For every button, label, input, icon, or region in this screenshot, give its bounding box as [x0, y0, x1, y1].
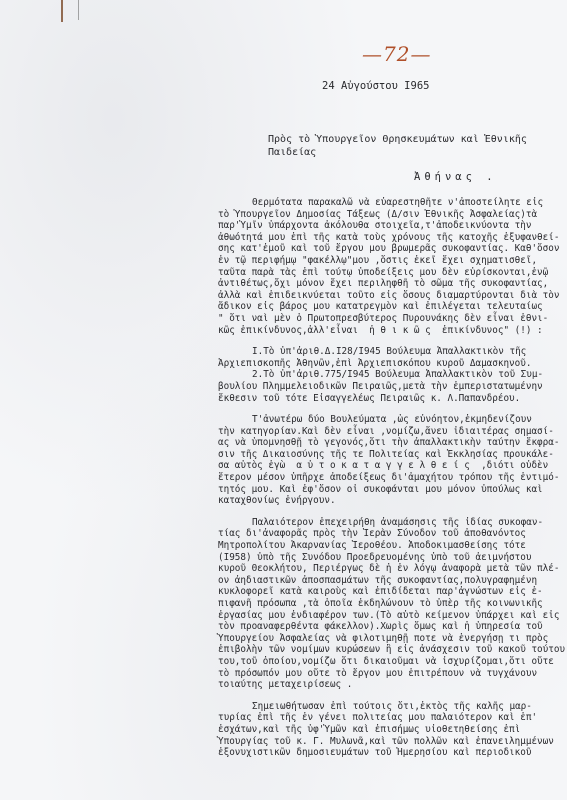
- text-line: Θερμότατα παρακαλῶ νὰ εὐαρεστηθῆτε ν'ἀπο…: [218, 197, 563, 209]
- text-line: Μητροπολίτου Ἀκαρνανίας Ἱεροθέου. Ἀποδοκ…: [218, 540, 563, 552]
- text-line: πιφανῆ πρόσωπα ,τὰ ὁποῖα ἐκδηλώνουν τὸ ὑ…: [218, 598, 563, 610]
- paragraph: Ι.Τὸ ὑπ'ἀριθ.Δ.Ι28/Ι945 Βούλευμα Ἀπαλλακ…: [218, 346, 563, 404]
- text-line: τυρίας ἐπὶ τῆς ἐν γένει πολιτείας μου πα…: [218, 712, 563, 724]
- staple-mark: [61, 0, 63, 22]
- text-line: Ὑπουργίας τοῦ κ. Γ. Μυλωνᾶ,καὶ τῶν πολλῶ…: [218, 736, 563, 748]
- text-line: τοιαύτης μεταχειρίσεως .: [218, 679, 563, 691]
- text-line: βουλίου Πλημμελειοδικῶν Πειραιῶς,μετὰ τὴ…: [218, 381, 563, 393]
- text-line: (Ι958) ὑπὸ τῆς Συνόδου Προεδρευομένης ὑπ…: [218, 552, 563, 564]
- text-line: " ὅτι ναὶ μὲν ὁ Πρωτοπρεσβύτερος Πυρουνά…: [218, 313, 563, 325]
- text-line: καταχθονίως ἐνήργουν.: [218, 495, 563, 507]
- text-line: Τ'ἀνωτέρω δύο Βουλεύματα ,ὡς εὐνόητον,ἐκ…: [218, 414, 563, 426]
- text-line: Ὑπουργείου Ἀσφαλείας νὰ φιλοτιμηθῇ ποτε …: [218, 633, 563, 645]
- text-line: κυκλοφορεῖ κατὰ καιροὺς καὶ ἐπιδίδεται π…: [218, 586, 563, 598]
- letter-body: Θερμότατα παρακαλῶ νὰ εὐαρεστηθῆτε ν'ἀπο…: [218, 197, 563, 759]
- text-line: Ι.Τὸ ὑπ'ἀριθ.Δ.Ι28/Ι945 Βούλευμα Ἀπαλλακ…: [218, 346, 563, 358]
- text-line: σα αὐτὸς ἐγὼ α ὐ τ ο κ α τ α γ γ ε λ θ ε…: [218, 460, 563, 472]
- text-line: του,τοῦ ὁποίου,νομίζω ὅτι δικαιοῦμαι νὰ …: [218, 656, 563, 668]
- text-line: ἐξονυχιστικῶν δημοσιευμάτων τοῦ Ἡμερησίο…: [218, 747, 563, 759]
- text-line: ταῦτα παρὰ τὰς ἐπὶ τούτῳ ὑποδείξεις μου …: [218, 267, 563, 279]
- text-line: ἐσχάτων,καὶ τῆς ὑφ'Ὑμῶν καὶ ἐπισήμως υἱο…: [218, 724, 563, 736]
- paragraph: Σημειωθήτωσαν ἐπὶ τούτοις ὅτι,ἐκτὸς τῆς …: [218, 701, 563, 759]
- text-line: ἀθωότητά μου ἐπὶ τῆς κατὰ τοὺς χρόνους τ…: [218, 232, 563, 244]
- text-line: ον ἀηδιαστικῶν ἀποσπασμάτων τῆς συκοφαντ…: [218, 575, 563, 587]
- letter-date: 24 Αὐγούστου Ι965: [322, 80, 429, 92]
- text-line: Ἀρχιεπισκοπῆς Ἀθηνῶν,ἐπὶ Ἀρχιεπισκόπου κ…: [218, 358, 563, 370]
- text-line: τὴν κατηγορίαν.Καὶ δὲν εἶναι ,νομίζω,ἄνε…: [218, 426, 563, 438]
- paper-mark: [78, 0, 79, 20]
- text-line: τὸ Ὑπουργεῖον Δημοσίας Τάξεως (Δ/σιν Ἐθν…: [218, 209, 563, 221]
- text-line: Παλαιότερον ἐπεχειρήθη ἀναμάσησις τῆς ἰδ…: [218, 517, 563, 529]
- text-line: σιν τῆς Δικαιοσύνης τῆς τε Πολιτείας καὶ…: [218, 449, 563, 461]
- text-line: τὸ πρόσωπόν μου οὔτε τὸ ἔργον μου ἐπιτρέ…: [218, 668, 563, 680]
- text-line: τητός μου. Καὶ ἐφ'ὅσον οἱ συκοφάνται μου…: [218, 484, 563, 496]
- text-line: ἄδικον εἰς βάρος μου κατατρεγμὸν καὶ ἐπι…: [218, 301, 563, 313]
- text-line: κῶς ἐπικίνδυνος,ἀλλ'εἶναι ἠ θ ι κ ῶ ς ἐπ…: [218, 325, 563, 337]
- text-line: τὸν προαναφερθέντα φάκελλον).Χωρὶς ὅμως …: [218, 621, 563, 633]
- addressee-line: Παιδείας: [268, 146, 527, 159]
- text-line: παρ'Ὑμῖν ὑπάρχοντα ἀκόλουθα στοιχεῖα,τ'ἀ…: [218, 220, 563, 232]
- paragraph: Παλαιότερον ἐπεχειρήθη ἀναμάσησις τῆς ἰδ…: [218, 517, 563, 691]
- addressee-block: Πρὸς τὸ Ὑπουργεῖον Θρησκευμάτων καὶ Ἐθνι…: [268, 133, 527, 159]
- text-line: σης κατ'ἐμοῦ καὶ τοῦ ἔργου μου βρωμερᾶς …: [218, 243, 563, 255]
- addressee-line: Πρὸς τὸ Ὑπουργεῖον Θρησκευμάτων καὶ Ἐθνι…: [268, 133, 527, 146]
- text-line: τίας δι'ἀναφορᾶς πρὸς τὴν Ἱερὰν Σύνοδον …: [218, 528, 563, 540]
- text-line: ἀντιθέτως,ὄχι μόνον ἔχει περιληφθῆ τὸ σῶ…: [218, 278, 563, 290]
- text-line: κυροῦ Θεοκλήτου, Περιέργως δὲ ἡ ἐν λόγῳ …: [218, 563, 563, 575]
- text-line: ἐπιβολὴν τῶν νομίμων κυρώσεων ἢ εἰς ἀνάσ…: [218, 644, 563, 656]
- text-line: ἀλλὰ καὶ ἐπιδεικνύεται τοῦτο εἰς ὅσους δ…: [218, 290, 563, 302]
- addressee-city: Ἀθήνας .: [414, 171, 497, 183]
- text-line: ἐν τῷ περιφήμῳ "φακέλλῳ"μου ,ὅστις ἐκεῖ …: [218, 255, 563, 267]
- text-line: ας νὰ ὑπομνησθῇ τὸ γεγονός,ὅτι τὴν ἀπαλλ…: [218, 437, 563, 449]
- text-line: ἔκθεσιν τοῦ τότε Εἰσαγγελέως Πειραιῶς κ.…: [218, 393, 563, 405]
- handwritten-page-number: —72—: [362, 42, 431, 66]
- text-line: ἕτερον μέσον ὑπῆρχε ἀποδείξεως δι'ἀμαχήτ…: [218, 472, 563, 484]
- text-line: Σημειωθήτωσαν ἐπὶ τούτοις ὅτι,ἐκτὸς τῆς …: [218, 701, 563, 713]
- paragraph: Τ'ἀνωτέρω δύο Βουλεύματα ,ὡς εὐνόητον,ἐκ…: [218, 414, 563, 507]
- paragraph: Θερμότατα παρακαλῶ νὰ εὐαρεστηθῆτε ν'ἀπο…: [218, 197, 563, 336]
- text-line: 2.Τὸ ὑπ'ἀριθ.775/Ι945 Βούλευμα Ἀπαλλακτι…: [218, 369, 563, 381]
- text-line: ἐργασίας μου ἐνδιαφέρον των.(Τὸ αὐτὸ κεί…: [218, 610, 563, 622]
